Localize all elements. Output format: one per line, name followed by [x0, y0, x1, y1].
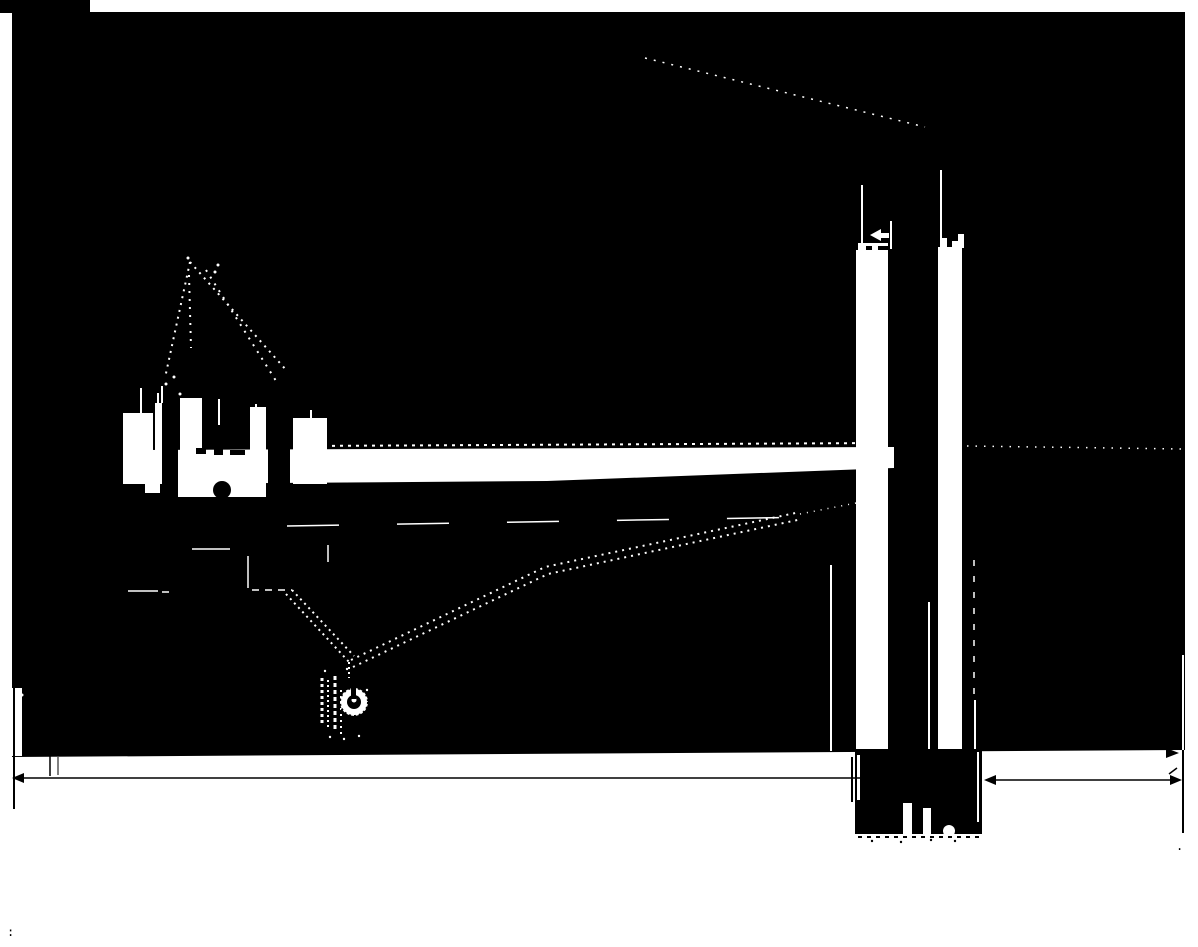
object-top-highlight-2: [157, 393, 159, 419]
beam-shadow-dash-3: [230, 450, 245, 455]
right-border-highlight: [1182, 655, 1184, 750]
pulley-slot: [351, 687, 356, 699]
beam-shadow-dash-2: [214, 448, 223, 455]
pole-base-right-highlight: [977, 752, 979, 822]
pole-edge-highlight-3: [890, 221, 892, 249]
pole-base-foot-arc: [943, 825, 955, 837]
pole-highlight-strip-left: [856, 250, 888, 750]
pole-base-slot-1: [903, 803, 912, 834]
photo-border-left: [13, 688, 15, 809]
shelf-object-1: [123, 413, 153, 484]
object-top-highlight-5: [310, 410, 312, 435]
pole-edge-highlight-1: [861, 185, 863, 247]
period-mark: .: [1176, 839, 1183, 853]
bench-knob: [213, 481, 231, 499]
colon-mark: :: [7, 925, 14, 939]
page: : .: [0, 0, 1198, 947]
rod-shadow-line: [851, 757, 853, 802]
pole-crossbar-highlight: [862, 243, 888, 246]
strip-edge-line: [974, 700, 976, 750]
pole-highlight-strip-right: [938, 247, 962, 750]
top-left-border-strip: [0, 0, 90, 13]
shelf-object-4: [250, 407, 266, 484]
pole-edge-highlight-2: [940, 170, 942, 245]
dimension-slash: [1169, 768, 1177, 774]
object-top-highlight-4: [255, 404, 257, 422]
shelf-object-3: [180, 398, 202, 484]
under-bench-panel-1: [145, 482, 160, 493]
dimension-arrow-right-right-end: [1170, 775, 1182, 785]
object-top-highlight-3: [218, 399, 220, 425]
front-post-2: [268, 402, 290, 524]
scene-background: [12, 12, 1185, 757]
pole-base-slot-2: [923, 808, 931, 834]
object-top-highlight-1: [140, 388, 142, 415]
beam-shadow-dash-1: [196, 448, 206, 454]
pole-base-speckle-dots: [871, 839, 956, 843]
pole-inner-highlight: [928, 602, 930, 750]
photo-border-right: [1182, 750, 1184, 833]
rod-edge-highlight: [830, 565, 832, 751]
dimension-arrow-right-left-end: [984, 775, 996, 785]
border-speck: [21, 694, 24, 697]
front-post-1: [162, 396, 178, 524]
pole-base: [855, 749, 982, 834]
photo-figure: : .: [0, 0, 1198, 947]
